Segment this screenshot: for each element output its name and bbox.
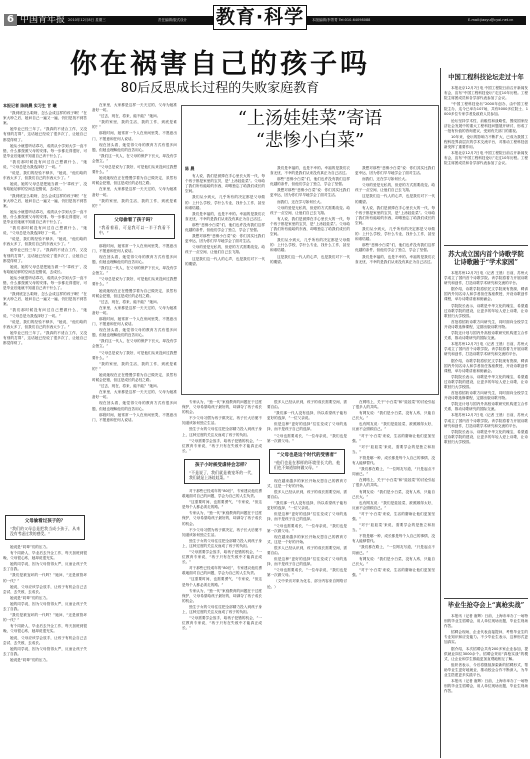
paragraph: 招聘会现场，企业代表直接提问，考察毕业生的专业知识和应变能力。不少毕业生表示，这… (444, 630, 528, 645)
quote-box: 父母偷看了孩子吗？ “我看着看，可是我可以一半于我看不中。” (94, 214, 175, 239)
paragraph: 她说是“同辈”们的压力。 (3, 545, 87, 550)
paragraph: “我们都在路上，”一位网友写道，“只是起点不同而已。” (352, 467, 435, 477)
paragraph: 很多人已经认识到，孩子的成长需要空间，需要自由。 (267, 490, 347, 500)
paragraph: 在网络上，关于“小白菜”和“娃娃菜”的讨论引起了很多人的共鸣。 (352, 478, 435, 488)
paragraph: 但是这种“更好的选择”往往变成了父母的选择，而不是孩子自己的选择。 (267, 512, 347, 522)
paragraph: 有网友说：“我们是小白菜，没有人疼，只能自己长大。” (352, 557, 435, 567)
paragraph: 但是这种“更好的选择”往往变成了父母的选择，而不是孩子自己的选择。 (267, 557, 347, 567)
paragraph: “我的家里，我的生活，我的工作，到底是谁的？” (92, 120, 177, 130)
paragraph: 很多人已经认识到，孩子的成长需要空间，需要自由。 (267, 400, 347, 410)
paragraph: 专家认为，“独一代”家庭教育的问题在于过度保护，父母希望给孩子最好的，却剥夺了孩… (182, 400, 262, 415)
inset-article-col3: 我想对那些“悲惨小白菜”说：你们其实比我们更幸运，因为你们早早地学会了面对生活。… (355, 166, 435, 392)
paragraph: 不少父母习惯为孩子做决定，孩子长大后便不知道该如何独立生活。 (182, 528, 262, 538)
paragraph: “父母需要学会放手，给孩子犯错的机会，”一位教育专家说，“孩子只有在失败中才能真… (182, 550, 262, 565)
paragraph: “我到底怎么啦呀，怎么会成这样的孩子啊！”在家大吵之后，她问自己一遍又一遍，仍旧… (3, 292, 87, 307)
paragraph: 父母的爱是无私的，但爱的方式需要改变。给孩子一点空间，让他们自己去飞翔。 (270, 206, 350, 216)
paragraph: “父母总是说为了我好，可是他们从来没问过我想要什么。” (92, 277, 177, 287)
paragraph: “对于‘小白菜’来说，生活的磨砺让他们更加坚强。” (352, 434, 435, 444)
paragraph: 我想对那些“悲惨小白菜”说：你们其实比我们更幸运，因为你们早早地学会了面对生活。 (270, 188, 350, 198)
paragraph: “我们那一代人没有选择，所以希望孩子能有更好的选择，”一位父亲说。 (267, 501, 347, 511)
paragraph: 学院院长表示，诗歌是中华文化的瑰宝，希望通过诗歌学院的建设，让更多的年轻人爱上诗… (444, 430, 528, 445)
page-number: 6 (4, 14, 17, 26)
paragraph: 本报北京12月7日电 中国工程院日前召开新闻发布会，宣布“中国工程科技论坛”走过… (444, 86, 528, 101)
paragraph: 不管是哪一种，成长都是每个人自己的事情，没有人能够替代。 (352, 534, 435, 544)
paragraph: 据介绍，诗歌学院将依托文学院现有资源，聘请国内外知名诗人和学者担任客座教授，开设… (444, 359, 528, 374)
paragraph: 她说是“同辈”们的压力。 (3, 658, 87, 663)
paragraph: “我到底怎么啦呀，怎么会成这样的孩子啊！”在家大吵之后，她问自己一遍又一遍，仍旧… (3, 194, 87, 209)
paragraph: 她从小就很听话乖巧，成绩从小学到大学一直不错，什么都按照父母的安排。每一步都走得… (3, 276, 87, 291)
paragraph: 首批将招收诗歌方向研究生，同时面向全校学生开设诗歌选修课程，定期出版诗歌刊物。 (444, 391, 528, 401)
byline: 本报记者 陈晓晨 实习生 甘 曦 (3, 103, 87, 108)
paragraph: 而我们，还在学习如何长大。 (355, 177, 435, 182)
paragraph: 她说她现在正在慢慢学着为自己做决定，虽然有时候会犯错，但这是成长的必经之路。 (92, 373, 177, 383)
paragraph: 有人说，我们是被捧在手心里长大的一代，每个孩子都是家里的宝贝，是“上汤娃娃菜”。… (270, 217, 350, 237)
paragraph: 现在回头看，她觉得父母的教育方式有很多问题，但她也理解他们的良苦用心。 (92, 255, 177, 265)
sidebar-article-title: 苏大成立国内首个诗歌学院 让诗歌融于“学术家园” (444, 251, 528, 267)
masthead-logo: 中国青年报 (20, 14, 65, 26)
paragraph: 她说她现在正在慢慢学着为自己做决定，虽然有时候会犯错，但这是成长的必经之路。 (92, 289, 177, 299)
inset-article-title: “上汤娃娃菜”寄语 “悲惨小白菜” (181, 108, 439, 152)
paragraph: 她毕业已经三年了。“我真的不适合工作，又没有别的打算”，这话她已经说了很多次了，… (3, 127, 87, 142)
section-title: 教育·科学 (213, 5, 307, 30)
paragraph: 她说，她的父母总是把她当做一个‘乖孩子’，没有给她足够的空间去犯错误，去成长。 (3, 265, 87, 275)
paragraph: “我们那时候没有问过自己想做什么，”她说，“父母总是为我选择好了一切。” (3, 160, 87, 170)
paragraph: 她说，父母应该学会放手，让孩子有机会自己去尝试、去失败、去成长。 (3, 636, 87, 646)
paragraph: “过去，现在，将来，能不能？”她问。 (92, 114, 177, 119)
paragraph: 独生子女的父母往往把全部精力投入到孩子身上，这种过度的关注反而成了孩子的负担。 (182, 605, 262, 615)
paragraph: 现在越来越多的家长开始反思自己的教育方式，这是一个好的开始。 (267, 535, 347, 545)
lower-col-c: 在网络上，关于“小白菜”和“娃娃菜”的讨论引起了很多人的共鸣。 有网友说：“我们… (352, 400, 435, 756)
paragraph: “我们这一代人，在父母的保护下长大，却没有学会独立。” (92, 339, 177, 349)
paragraph: “父母总是说为了我好，可是他们从来没问过我想要什么。” (92, 351, 177, 361)
paragraph: 她从小就很听话乖巧，成绩从小学到大学一直不错，什么都按照父母的安排。每一步都走得… (3, 210, 87, 225)
paragraph: “我们那一代人没有选择，所以希望孩子能有更好的选择，”一位父亲说。 (267, 411, 347, 421)
paragraph: “父母也需要成长，”一位母亲说，“我们也是第一次做父母。” (267, 434, 347, 444)
paragraph: “对于‘小白菜’来说，生活的磨砺让他们更加坚强。” (352, 512, 435, 522)
paragraph: 本报苏州12月7日电（记者 王晨）日前，苏州大学成立了国内首个诗歌学院。该学院将… (444, 271, 528, 286)
paragraph: 我们从小到大，几乎所有的决定都是父母做的：上什么学校，学什么专业，找什么工作，甚… (355, 227, 435, 242)
paragraph: “这需要时间，也需要勇气，”专家说，“但这是每个人都必须走的路。” (182, 500, 262, 510)
paragraph: 她毕业已经三年了。“我真的不适合工作，又没有别的打算”，这话她已经说了很多次了，… (3, 331, 87, 346)
paragraph: “我到底怎么啦呀，怎么会成这样的孩子啊！”在家大吵之后，她问自己一遍又一遍，仍旧… (3, 111, 87, 126)
paragraph: “父母也需要成长，”一位母亲说，“我们也是第一次做父母。” (267, 524, 347, 534)
paragraph: 有个同龄人，毕业后去外企工作，每天加班到很晚，父母很心疼，她却说很充实。 (3, 551, 87, 561)
paragraph: 有人说，我们是被捧在手心里长大的一代，每个孩子都是家里的宝贝，是“上汤娃娃菜”。… (355, 206, 435, 226)
paragraph: “我们是被宠坏的一代吗？”她问，“还是被管坏的一代？” (3, 613, 87, 623)
paragraph: “父母也需要成长，”一位母亲说，“我们也是第一次做父母。” (267, 568, 347, 578)
paragraph: 我们是幸福的，也是不幸的。幸福的是我们衣食无忧，不幸的是我们从来没有真正为自己活… (355, 255, 435, 265)
paragraph: 有个同龄人，毕业后去外企工作，每天加班到很晚，父母很心疼，她却说很充实。 (3, 624, 87, 634)
inset-article-col2: 我们是幸福的，也是不幸的。幸福的是我们衣食无忧，不幸的是我们从来没有真正为自己活… (270, 166, 350, 392)
paragraph: 这是我们这一代人的心声，也是我们对下一代的期望。 (270, 255, 350, 265)
paragraph: 很多人已经认识到，孩子的成长需要空间，需要自由。 (267, 546, 347, 556)
quote-box-text: “不是说了，我们就是被宠坏的一代，我们就是上汤娃娃菜。” (189, 470, 255, 480)
paragraph: “我们这一代人，在父母的保护下长大，却没有学会独立。” (92, 266, 177, 276)
paragraph: 有网友说：“我们是小白菜，没有人疼，只能自己长大。” (352, 411, 435, 421)
paragraph: 但是这种“更好的选择”往往变成了父母的选择，而不是孩子自己的选择。 (267, 422, 347, 432)
paragraph: 在家里，大家都是这样一天天过的，父母为她准备好一切。 (92, 390, 177, 400)
paragraph: “父母总是说为了我好，可是他们从来没问过我想要什么。” (92, 165, 177, 175)
quote-box-title: “父母也是这个时代的受害者” (274, 453, 340, 458)
subheadline: 80后反思成长过程的失败家庭教育 (0, 77, 440, 96)
paragraph: 而我们，还在学习如何长大。 (270, 200, 350, 205)
paragraph: 组织者表示，今后将继续探索新的招聘形式，帮助毕业生更好地就业，推动校企合作不断深… (444, 663, 528, 678)
paragraph: “我们都在路上，”一位网友写道，“只是起点不同而已。” (352, 545, 435, 555)
paragraph: 现在回头看，她觉得父母的教育方式有很多问题，但她也理解他们的良苦用心。 (92, 143, 177, 153)
paragraph: 她说是“同辈”们的压力。 (3, 596, 87, 601)
paragraph: 那段时间，她常常一个人在房间里哭，不愿意出门，不愿意和任何人说话。 (92, 413, 177, 423)
headline: 你在祸害自己的孩子吗 (0, 42, 440, 81)
quote-box-text: “我们的父母总是把我当成小孩子，从来没有考虑过我的感受。” (10, 526, 80, 536)
paragraph: 那段时间，她常常一个人在房间里哭，不愿意出门，不愿意和任何人说话。 (92, 131, 177, 141)
paragraph: 在家里，大家都是这样一天天过的，父母为她准备好一切。 (92, 306, 177, 316)
paragraph: 10年来，论坛的影响力不断扩大，已成为我国工程科技界高层次的学术交流平台，对推动… (444, 135, 528, 150)
paragraph: （文中采访对象为化名，部分内容来自网络讨论。） (267, 579, 347, 589)
paragraph: 在家里，大家都是这样一天天过的，父母为她准备好一切。 (92, 103, 177, 113)
paragraph: “过去，现在，将来，能不能？”她问。 (92, 300, 177, 305)
paragraph: “我的家里，我的生活，我的工作，到底是谁的？” (92, 199, 177, 209)
paragraph: 本报苏州12月7日电（记者 王晨）日前，苏州大学成立了国内首个诗歌学院。该学院将… (444, 342, 528, 357)
paragraph: “对于‘娃娃菜’来说，需要学会的是独立和担当。” (352, 445, 435, 455)
paragraph: 她毕业已经三年了。“我真的不适合工作，又没有别的打算”，这话她已经说了很多次了，… (3, 248, 87, 263)
inset-title-line1: “上汤娃娃菜”寄语 (181, 108, 439, 130)
paragraph: 在网络上，关于“小白菜”和“娃娃菜”的讨论引起了很多人的共鸣。 (352, 400, 435, 410)
paragraph: “说是，我们的经验不够多，”她说，“他们给的东西太多了，但我们自己的东西太少了。… (3, 237, 87, 247)
paragraph: 专家认为，“独一代”家庭教育的问题在于过度保护，父母希望给孩子最好的，却剥夺了孩… (182, 589, 262, 604)
paragraph: 本报北京12月7日电 中国工程院日前召开新闻发布会，宣布“中国工程科技论坛”走过… (444, 151, 528, 166)
paragraph: “我们那时候没有问过自己想做什么，”她说，“父母总是为我选择好了一切。” (3, 308, 87, 318)
paragraph: 独生子女的父母往往把全部精力投入到孩子身上，这种过度的关注反而成了孩子的负担。 (182, 427, 262, 437)
paragraph: “过去，现在，将来，能不能？”她问。 (92, 384, 177, 389)
quote-box-title: 父母偷看过孩子的？ (10, 519, 80, 524)
paragraph: 她从小就很听话乖巧，成绩从小学到大学一直不错，什么都按照父母的安排。每一步都走得… (3, 144, 87, 159)
paragraph: 我们从小到大，几乎所有的决定都是父母做的：上什么学校，学什么专业，找什么工作，甚… (270, 238, 350, 253)
editor-info: 责任编辑/版式设计 (158, 16, 187, 25)
paragraph: 不管是哪一种，成长都是每个人自己的事情，没有人能够替代。 (352, 456, 435, 466)
lower-col-b: 很多人已经认识到，孩子的成长需要空间，需要自由。 “我们那一代人没有选择，所以希… (267, 400, 347, 756)
paragraph: 本报苏州12月7日电（记者 王晨）日前，苏州大学成立了国内首个诗歌学院。该学院将… (444, 413, 528, 428)
paragraph: “对于‘小白菜’来说，生活的磨砺让他们更加坚强。” (352, 568, 435, 578)
main-article-col1-lower: 父母偷看过孩子的？ “我们的父母总是把我当成小孩子，从来没有考虑过我的感受。” … (3, 510, 87, 756)
sidebar-article-3: 毕业生抢夺会上“真枪实战” 本报讯（记者 唐辉）日前，上海市举办了一场特别的毕业… (444, 598, 528, 758)
paragraph: 据介绍，诗歌学院将依托文学院现有资源，聘请国内外知名诗人和学者担任客座教授，开设… (444, 287, 528, 302)
sidebar-article-1: 中国工程科技论坛走过十年 本报北京12月7日电 中国工程院日前召开新闻发布会，宣… (444, 70, 528, 245)
paragraph: 她说，父母应该学会放手，让孩子有机会自己去尝试、去失败、去成长。 (3, 585, 87, 595)
paragraph: “说是，我们的经验不够多，”她说，“他们给的东西太多了，但我们自己的东西太少了。… (3, 171, 87, 181)
paragraph: 她的同学说，因为父母管得太严，反而让孩子失去了自我。 (3, 562, 87, 572)
quote-box-title: 孩子小时候受虐待会怎样？ (189, 463, 255, 468)
paragraph: 我们从小到大，几乎所有的决定都是父母做的：上什么学校，学什么专业，找什么工作，甚… (185, 195, 265, 210)
sidebar-divider (440, 68, 441, 758)
paragraph: 对于那些已经成年的“80后”，专家建议他们勇敢地面对自己的问题，学会为自己的人生… (182, 489, 262, 499)
paragraph: 我想对那些“悲惨小白菜”说：你们其实比我们更幸运，因为你们早早地学会了面对生活。 (185, 234, 265, 244)
paragraph: “我的家里，我的生活，我的工作，到底是谁的？” (92, 362, 177, 372)
paragraph: 本报讯（记者 唐辉）日前，上海市举办了一场特别的毕业生招聘会，用人单位现场出题，… (444, 614, 528, 629)
quote-box: 孩子小时候受虐待会怎样？ “不是说了，我们就是被宠坏的一代，我们就是上汤娃娃菜。… (184, 459, 260, 484)
quote-box-title: 父母偷看了孩子吗？ (99, 218, 170, 223)
paragraph: 专家认为，“独一代”家庭教育的问题在于过度保护，父母希望给孩子最好的，却剥夺了孩… (182, 511, 262, 526)
paragraph: 有人说，我们是被捧在手心里长大的一代，每个孩子都是家里的宝贝，是“上汤娃娃菜”。… (185, 174, 265, 194)
paragraph: 本报讯（记者 唐辉）日前，上海市举办了一场特别的毕业生招聘会，用人单位现场出题，… (444, 679, 528, 694)
paragraph: 首批将招收诗歌方向研究生，同时面向全校学生开设诗歌选修课程，定期出版诗歌刊物。 (444, 320, 528, 330)
paragraph: “说是，我们的经验不够多，”她说，“他们给的东西太多了，但我们自己的东西太少了。… (3, 320, 87, 330)
paragraph: 她说她现在正在慢慢学着为自己做决定，虽然有时候会犯错，但这是成长的必经之路。 (92, 176, 177, 186)
paragraph: 对于那些已经成年的“80后”，专家建议他们勇敢地面对自己的问题，学会为自己的人生… (182, 566, 262, 576)
paragraph: 学院院长表示，诗歌是中华文化的瑰宝，希望通过诗歌学院的建设，让更多的年轻人爱上诗… (444, 375, 528, 390)
paragraph: “父母需要学会放手，给孩子犯错的机会，”一位教育专家说，“孩子只有在失败中才能真… (182, 616, 262, 631)
inset-article-col1: 陈 晨 有人说，我们是被捧在手心里长大的一代，每个孩子都是家里的宝贝，是“上汤娃… (185, 166, 265, 392)
paragraph: “我们那时候没有问过自己想做什么，”她说，“父母总是为我选择好了一切。” (3, 226, 87, 236)
contact-info: 本版编辑/李菁菁 Tel:010-64098088 (312, 16, 370, 25)
paragraph: 也有网友说：“我们是娃娃菜，被照顾得太好，反而不会照顾自己。” (352, 422, 435, 432)
paragraph: 现在回头看，她觉得父母的教育方式有很多问题，但她也理解他们的良苦用心。 (92, 328, 177, 338)
paragraph: 那段时间，她常常一个人在房间里哭，不愿意出门，不愿意和任何人说话。 (92, 317, 177, 327)
paragraph: “我们这一代人，在父母的保护下长大，却没有学会独立。” (92, 154, 177, 164)
paragraph: “父母需要学会放手，给孩子犯错的机会，”一位教育专家说，“孩子只有在失败中才能真… (182, 439, 262, 454)
email-info: E-mail:jiaoyu@cyol.net.cn (468, 16, 513, 25)
paragraph: “我们是被宠坏的一代吗？”她问，“还是被管坏的一代？” (3, 573, 87, 583)
paragraph: 这是我们这一代人的心声，也是我们对下一代的期望。 (185, 257, 265, 267)
paragraph: 父母的爱是无私的，但爱的方式需要改变。给孩子一点空间，让他们自己去飞翔。 (355, 183, 435, 193)
sidebar-article-title: 毕业生抢夺会上“真枪实战” (444, 602, 528, 610)
inset-byline: 陈 晨 (185, 166, 265, 171)
paragraph: 她说，她的父母总是把她当做一个‘乖孩子’，没有给她足够的空间去犯错误，去成长。 (3, 182, 87, 192)
paragraph: 现在回头看，她觉得父母的教育方式有很多问题，但她也理解他们的良苦用心。 (92, 401, 177, 411)
lower-col-a: 专家认为，“独一代”家庭教育的问题在于过度保护，父母希望给孩子最好的，却剥夺了孩… (182, 400, 262, 756)
sidebar-separator (444, 245, 528, 246)
inset-title-line2: “悲惨小白菜” (181, 130, 439, 152)
issue-date: 2010年12月8日 星期三 (68, 16, 106, 25)
paragraph: “中国工程科技论坛”2000年创办，由中国工程院主办，迄今已举办107场，共有5… (444, 102, 528, 117)
paragraph: “对于‘娃娃菜’来说，需要学会的是独立和担当。” (352, 523, 435, 533)
sidebar-article-title: 中国工程科技论坛走过十年 (444, 74, 528, 82)
sidebar-article-2: 苏大成立国内首个诗歌学院 让诗歌融于“学术家园” 本报苏州12月7日电（记者 王… (444, 247, 528, 597)
paragraph: 我们是幸福的，也是不幸的。幸福的是我们衣食无忧，不幸的是我们从来没有真正为自己活… (270, 166, 350, 176)
paragraph: 有网友说：“我们是小白菜，没有人疼，只能自己长大。” (352, 490, 435, 500)
main-article-col2: 在家里，大家都是这样一天天过的，父母为她准备好一切。 “过去，现在，将来，能不能… (92, 103, 177, 756)
paragraph: 那段时间，她常常一个人在房间里哭，不愿意出门，不愿意和任何人说话。 (92, 244, 177, 254)
main-article-col1: 本报记者 陈晓晨 实习生 甘 曦 “我到底怎么啦呀，怎么会成这样的孩子啊！”在家… (3, 103, 87, 510)
quote-box: 父母偷看过孩子的？ “我们的父母总是把我当成小孩子，从来没有考虑过我的感受。” (5, 515, 85, 540)
paragraph: 我们是幸福的，也是不幸的。幸福的是我们衣食无忧，不幸的是我们从来没有真正为自己活… (185, 212, 265, 222)
paragraph: 也有网友说：“我们是娃娃菜，被照顾得太好，反而不会照顾自己。” (352, 501, 435, 511)
paragraph: 我想对那些“悲惨小白菜”说：你们其实比我们更幸运，因为你们早早地学会了面对生活。 (355, 166, 435, 176)
paragraph: 那些“悲惨小白菜”们，他们也许没有我们这样优越的条件，但他们学会了独立，学会了坚… (270, 177, 350, 187)
paragraph: “这需要时间，也需要勇气，”专家说，“但这是每个人都必须走的路。” (182, 577, 262, 587)
paragraph: 她的同学说，因为父母管得太严，反而让孩子失去了自我。 (3, 602, 87, 612)
paragraph: 在家里，大家都是这样一天天过的，父母为她准备好一切。 (92, 187, 177, 197)
quote-box-text: “我看着看，可是我可以一半于我看不中。” (99, 225, 170, 235)
paragraph: 这是我们这一代人的心声，也是我们对下一代的期望。 (355, 194, 435, 204)
paragraph: 学院还计划与国内外高校诗歌研究机构建立合作关系，推动诗歌研究的国际交流。 (444, 331, 528, 341)
paragraph: 学院院长表示，诗歌是中华文化的瑰宝，希望通过诗歌学院的建设，让更多的年轻人爱上诗… (444, 304, 528, 319)
paragraph: 父母的爱是无私的，但爱的方式需要改变。给孩子一点空间，让他们自己去飞翔。 (185, 245, 265, 255)
paragraph: 她的同学说，因为父母管得太严，反而让孩子失去了自我。 (3, 647, 87, 657)
paragraph: 论坛坚持学术性、前瞻性和战略性，围绕国家经济社会发展中的重大工程科技问题展开研讨… (444, 119, 528, 134)
paragraph: 独生子女的父母往往把全部精力投入到孩子身上，这种过度的关注反而成了孩子的负担。 (182, 539, 262, 549)
paragraph: 学院还计划与国内外高校诗歌研究机构建立合作关系，推动诗歌研究的国际交流。 (444, 402, 528, 412)
paragraph: 那些“悲惨小白菜”们，他们也许没有我们这样优越的条件，但他们学会了独立，学会了坚… (185, 223, 265, 233)
quote-box-text: “他们也是在那样的环境里长大的，他们也不知道如何做父母。” (274, 460, 340, 470)
quote-box: “父母也是这个时代的受害者” “他们也是在那样的环境里长大的，他们也不知道如何做… (269, 449, 345, 474)
paragraph: 据介绍，本次招聘会共有200多家企业参加，提供就业岗位3000余个。招聘会采用“… (444, 647, 528, 662)
paragraph: 不少父母习惯为孩子做决定，孩子长大后便不知道该如何独立生活。 (182, 416, 262, 426)
paragraph: 现在越来越多的家长开始反思自己的教育方式，这是一个好的开始。 (267, 479, 347, 489)
paragraph: 那些“悲惨小白菜”们，他们也许没有我们这样优越的条件，但他们学会了独立，学会了坚… (355, 243, 435, 253)
